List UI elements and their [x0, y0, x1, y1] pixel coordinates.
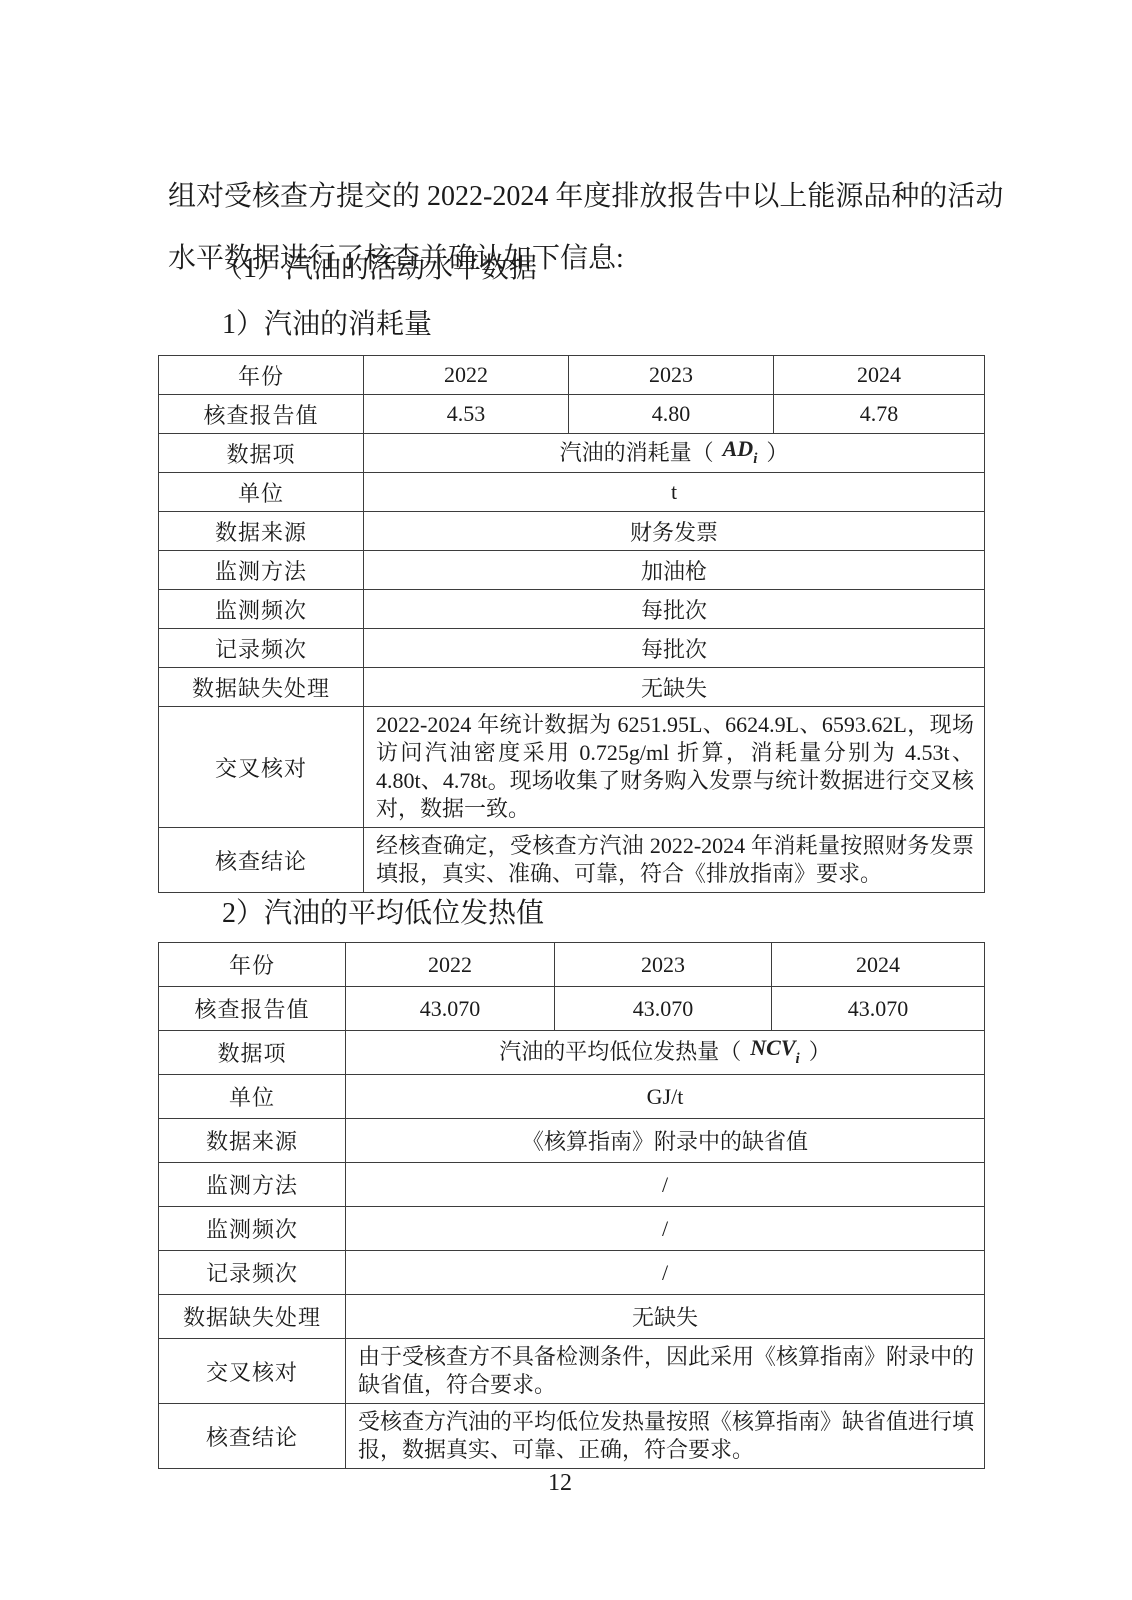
cell-reported-2022: 43.070 — [346, 987, 555, 1031]
cell-monitor-frequency: / — [346, 1207, 985, 1251]
row-label-monitor-frequency: 监测频次 — [159, 1207, 346, 1251]
cell-conclusion: 经核查确定，受核查方汽油 2022-2024 年消耗量按照财务发票填报，真实、准… — [364, 828, 985, 893]
table-row-unit: 单位 t — [159, 473, 985, 512]
cell-conclusion: 受核查方汽油的平均低位发热量按照《核算指南》缺省值进行填报，数据真实、可靠、正确… — [346, 1404, 985, 1469]
section-heading-gasoline-activity-data: （1）汽油的活动水平数据 — [215, 252, 537, 286]
subheading-gasoline-consumption: 1）汽油的消耗量 — [222, 308, 432, 342]
table-row-record-frequency: 记录频次 / — [159, 1251, 985, 1295]
table-row-monitor-method: 监测方法 加油枪 — [159, 551, 985, 590]
cell-year-2024: 2024 — [774, 356, 985, 395]
table-row-missing-data: 数据缺失处理 无缺失 — [159, 1295, 985, 1339]
cell-data-source: 《核算指南》附录中的缺省值 — [346, 1119, 985, 1163]
row-label-data-item: 数据项 — [159, 434, 364, 473]
cell-reported-2022: 4.53 — [364, 395, 569, 434]
table-row-missing-data: 数据缺失处理 无缺失 — [159, 668, 985, 707]
intro-line: 组对受核查方提交的 2022-2024 年度排放报告中以上能源品种的活动 — [168, 166, 986, 228]
row-label-monitor-method: 监测方法 — [159, 551, 364, 590]
cell-reported-2023: 4.80 — [569, 395, 774, 434]
formula-subscript: i — [796, 1051, 800, 1068]
document-page: 组对受核查方提交的 2022-2024 年度排放报告中以上能源品种的活动 水平数… — [0, 0, 1132, 1600]
row-label-reported-value: 核查报告值 — [159, 987, 346, 1031]
cell-year-2023: 2023 — [569, 356, 774, 395]
table-row-cross-check: 交叉核对 由于受核查方不具备检测条件，因此采用《核算指南》附录中的缺省值，符合要… — [159, 1339, 985, 1404]
table-row-data-item: 数据项 汽油的平均低位发热量（NCVi） — [159, 1031, 985, 1075]
row-label-data-item: 数据项 — [159, 1031, 346, 1075]
table-row-conclusion: 核查结论 受核查方汽油的平均低位发热量按照《核算指南》缺省值进行填报，数据真实、… — [159, 1404, 985, 1469]
cell-reported-2024: 43.070 — [772, 987, 985, 1031]
subheading-gasoline-ncv: 2）汽油的平均低位发热值 — [222, 897, 544, 931]
table-row-monitor-method: 监测方法 / — [159, 1163, 985, 1207]
cell-reported-2023: 43.070 — [555, 987, 772, 1031]
row-label-cross-check: 交叉核对 — [159, 707, 364, 828]
cell-missing-data: 无缺失 — [346, 1295, 985, 1339]
cell-missing-data: 无缺失 — [364, 668, 985, 707]
cell-reported-2024: 4.78 — [774, 395, 985, 434]
data-item-text: 汽油的平均低位发热量（ — [499, 1039, 741, 1064]
cell-monitor-method: / — [346, 1163, 985, 1207]
row-label-missing-data: 数据缺失处理 — [159, 1295, 346, 1339]
formula-base: AD — [723, 436, 754, 461]
row-label-monitor-frequency: 监测频次 — [159, 590, 364, 629]
gasoline-ncv-table: 年份 2022 2023 2024 核查报告值 43.070 43.070 43… — [158, 942, 985, 1469]
row-label-unit: 单位 — [159, 1075, 346, 1119]
row-label-year: 年份 — [159, 356, 364, 395]
gasoline-consumption-table: 年份 2022 2023 2024 核查报告值 4.53 4.80 4.78 数… — [158, 355, 985, 893]
formula-NCVi: NCVi — [750, 1035, 799, 1065]
table-row-data-source: 数据来源 《核算指南》附录中的缺省值 — [159, 1119, 985, 1163]
data-item-text: ） — [766, 440, 788, 465]
table-row-monitor-frequency: 监测频次 / — [159, 1207, 985, 1251]
table-row-cross-check: 交叉核对 2022-2024 年统计数据为 6251.95L、6624.9L、6… — [159, 707, 985, 828]
table-row-year: 年份 2022 2023 2024 — [159, 356, 985, 395]
cell-record-frequency: 每批次 — [364, 629, 985, 668]
table-row-data-item: 数据项 汽油的消耗量（ADi） — [159, 434, 985, 473]
row-label-conclusion: 核查结论 — [159, 1404, 346, 1469]
row-label-data-source: 数据来源 — [159, 1119, 346, 1163]
cell-unit: GJ/t — [346, 1075, 985, 1119]
row-label-record-frequency: 记录频次 — [159, 1251, 346, 1295]
row-label-reported-value: 核查报告值 — [159, 395, 364, 434]
cell-cross-check: 2022-2024 年统计数据为 6251.95L、6624.9L、6593.6… — [364, 707, 985, 828]
cell-year-2024: 2024 — [772, 943, 985, 987]
cell-cross-check: 由于受核查方不具备检测条件，因此采用《核算指南》附录中的缺省值，符合要求。 — [346, 1339, 985, 1404]
cell-monitor-method: 加油枪 — [364, 551, 985, 590]
cell-data-item: 汽油的消耗量（ADi） — [364, 434, 985, 473]
row-label-conclusion: 核查结论 — [159, 828, 364, 893]
cell-year-2022: 2022 — [346, 943, 555, 987]
formula-subscript: i — [753, 451, 757, 468]
table-row-data-source: 数据来源 财务发票 — [159, 512, 985, 551]
cell-record-frequency: / — [346, 1251, 985, 1295]
table-row-monitor-frequency: 监测频次 每批次 — [159, 590, 985, 629]
row-label-year: 年份 — [159, 943, 346, 987]
formula-base: NCV — [750, 1035, 795, 1060]
data-item-text: 汽油的消耗量（ — [560, 440, 714, 465]
table-row-unit: 单位 GJ/t — [159, 1075, 985, 1119]
cell-data-item: 汽油的平均低位发热量（NCVi） — [346, 1031, 985, 1075]
row-label-data-source: 数据来源 — [159, 512, 364, 551]
table-row-conclusion: 核查结论 经核查确定，受核查方汽油 2022-2024 年消耗量按照财务发票填报… — [159, 828, 985, 893]
table-row-year: 年份 2022 2023 2024 — [159, 943, 985, 987]
row-label-missing-data: 数据缺失处理 — [159, 668, 364, 707]
cell-monitor-frequency: 每批次 — [364, 590, 985, 629]
cell-year-2022: 2022 — [364, 356, 569, 395]
page-number: 12 — [150, 1470, 970, 1497]
row-label-record-frequency: 记录频次 — [159, 629, 364, 668]
row-label-cross-check: 交叉核对 — [159, 1339, 346, 1404]
row-label-unit: 单位 — [159, 473, 364, 512]
cell-data-source: 财务发票 — [364, 512, 985, 551]
table-row-reported-value: 核查报告值 43.070 43.070 43.070 — [159, 987, 985, 1031]
table-row-record-frequency: 记录频次 每批次 — [159, 629, 985, 668]
data-item-text: ） — [809, 1039, 831, 1064]
table-row-reported-value: 核查报告值 4.53 4.80 4.78 — [159, 395, 985, 434]
cell-unit: t — [364, 473, 985, 512]
formula-ADi: ADi — [723, 436, 758, 466]
row-label-monitor-method: 监测方法 — [159, 1163, 346, 1207]
cell-year-2023: 2023 — [555, 943, 772, 987]
